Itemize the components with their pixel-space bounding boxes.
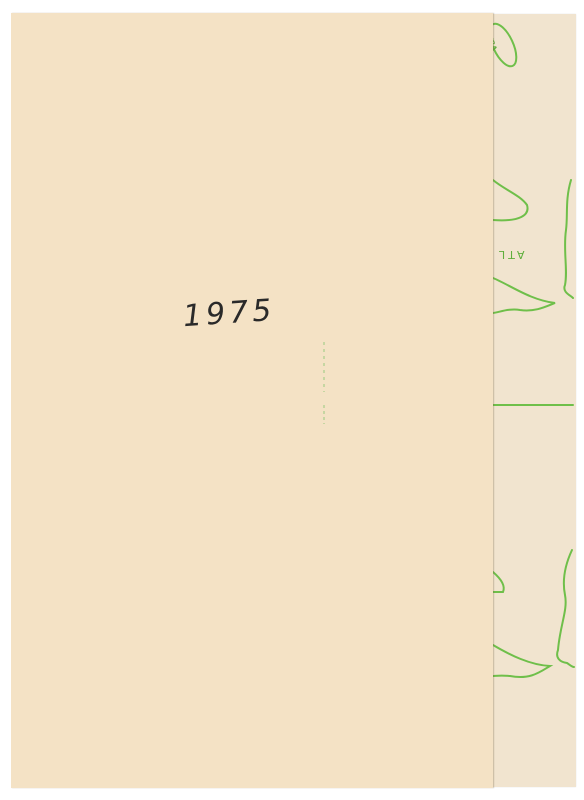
map-label: ATL	[496, 248, 525, 261]
back-sheet	[480, 14, 576, 787]
handwritten-year: 1975	[182, 293, 277, 334]
front-sheet	[11, 13, 493, 788]
